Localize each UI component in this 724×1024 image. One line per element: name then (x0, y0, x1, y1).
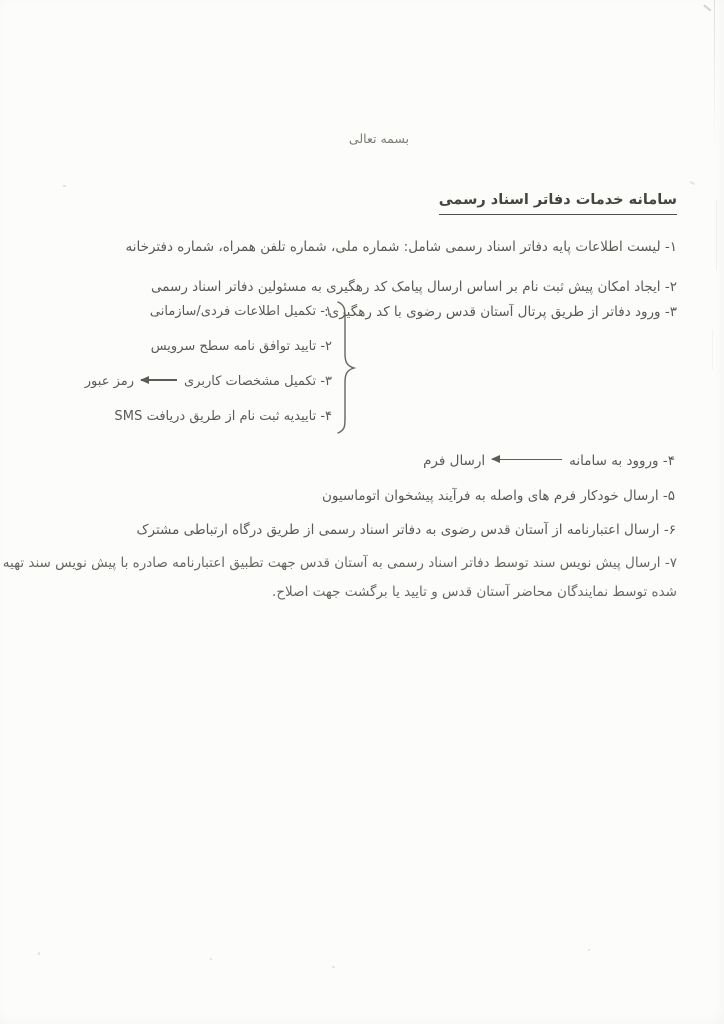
scan-edge-line (714, 0, 715, 160)
document-title: سامانه خدمات دفاتر اسناد رسمی (439, 190, 677, 215)
scan-edge-line (712, 330, 713, 370)
list-item-3: ۳- ورود دفاتر از طریق پرتال آستان قدس رض… (324, 302, 677, 322)
sub-item-3-source: ۳- تکمیل مشخصات کاربری (184, 374, 332, 389)
long-left-arrow-icon (492, 459, 562, 460)
sub-item-3-target: رمز عبور (85, 374, 134, 389)
scan-speck (690, 181, 695, 185)
left-arrow-icon (141, 379, 177, 380)
sub-item-2: ۲- تایید توافق نامه سطح سرویس (151, 337, 332, 357)
item-4-target: ارسال فرم (423, 453, 485, 469)
list-item-7-line-1: ۷- ارسال پیش نویس سند توسط دفاتر اسناد ر… (3, 553, 677, 573)
list-item-6: ۶- ارسال اعتبارنامه از آستان قدس رضوی به… (136, 520, 676, 540)
curly-brace-icon (333, 299, 357, 435)
scan-speck (588, 949, 590, 951)
scan-edge-line (716, 200, 717, 270)
scan-speck (63, 185, 66, 187)
scanned-document-page: بسمه تعالی سامانه خدمات دفاتر اسناد رسمی… (0, 0, 724, 1024)
list-item-4: ۴- وروود به سامانهارسال فرم (423, 451, 675, 471)
scan-speck (38, 952, 40, 955)
sub-item-4: ۴- تاییدیه ثبت نام از طریق دریافت SMS (114, 407, 332, 427)
list-item-5: ۵- ارسال خودکار فرم های واصله به فرآیند … (322, 486, 675, 506)
scan-speck (210, 958, 212, 960)
bismillah-text: بسمه تعالی (349, 129, 409, 149)
scan-corner-mark (703, 4, 711, 11)
list-item-7-line-2: شده توسط نمایندگان محاضر آستان قدس و تای… (272, 582, 677, 602)
list-item-1: ۱- لیست اطلاعات پایه دفاتر اسناد رسمی شا… (126, 237, 677, 257)
item-4-source: ۴- وروود به سامانه (569, 453, 675, 469)
sub-item-1: ۱- تکمیل اطلاعات فردی/سازمانی (150, 302, 332, 322)
sub-item-3: ۳- تکمیل مشخصات کاربریرمز عبور (85, 372, 332, 392)
list-item-2: ۲- ایجاد امکان پیش ثبت نام بر اساس ارسال… (151, 277, 677, 297)
scan-speck (332, 966, 335, 968)
